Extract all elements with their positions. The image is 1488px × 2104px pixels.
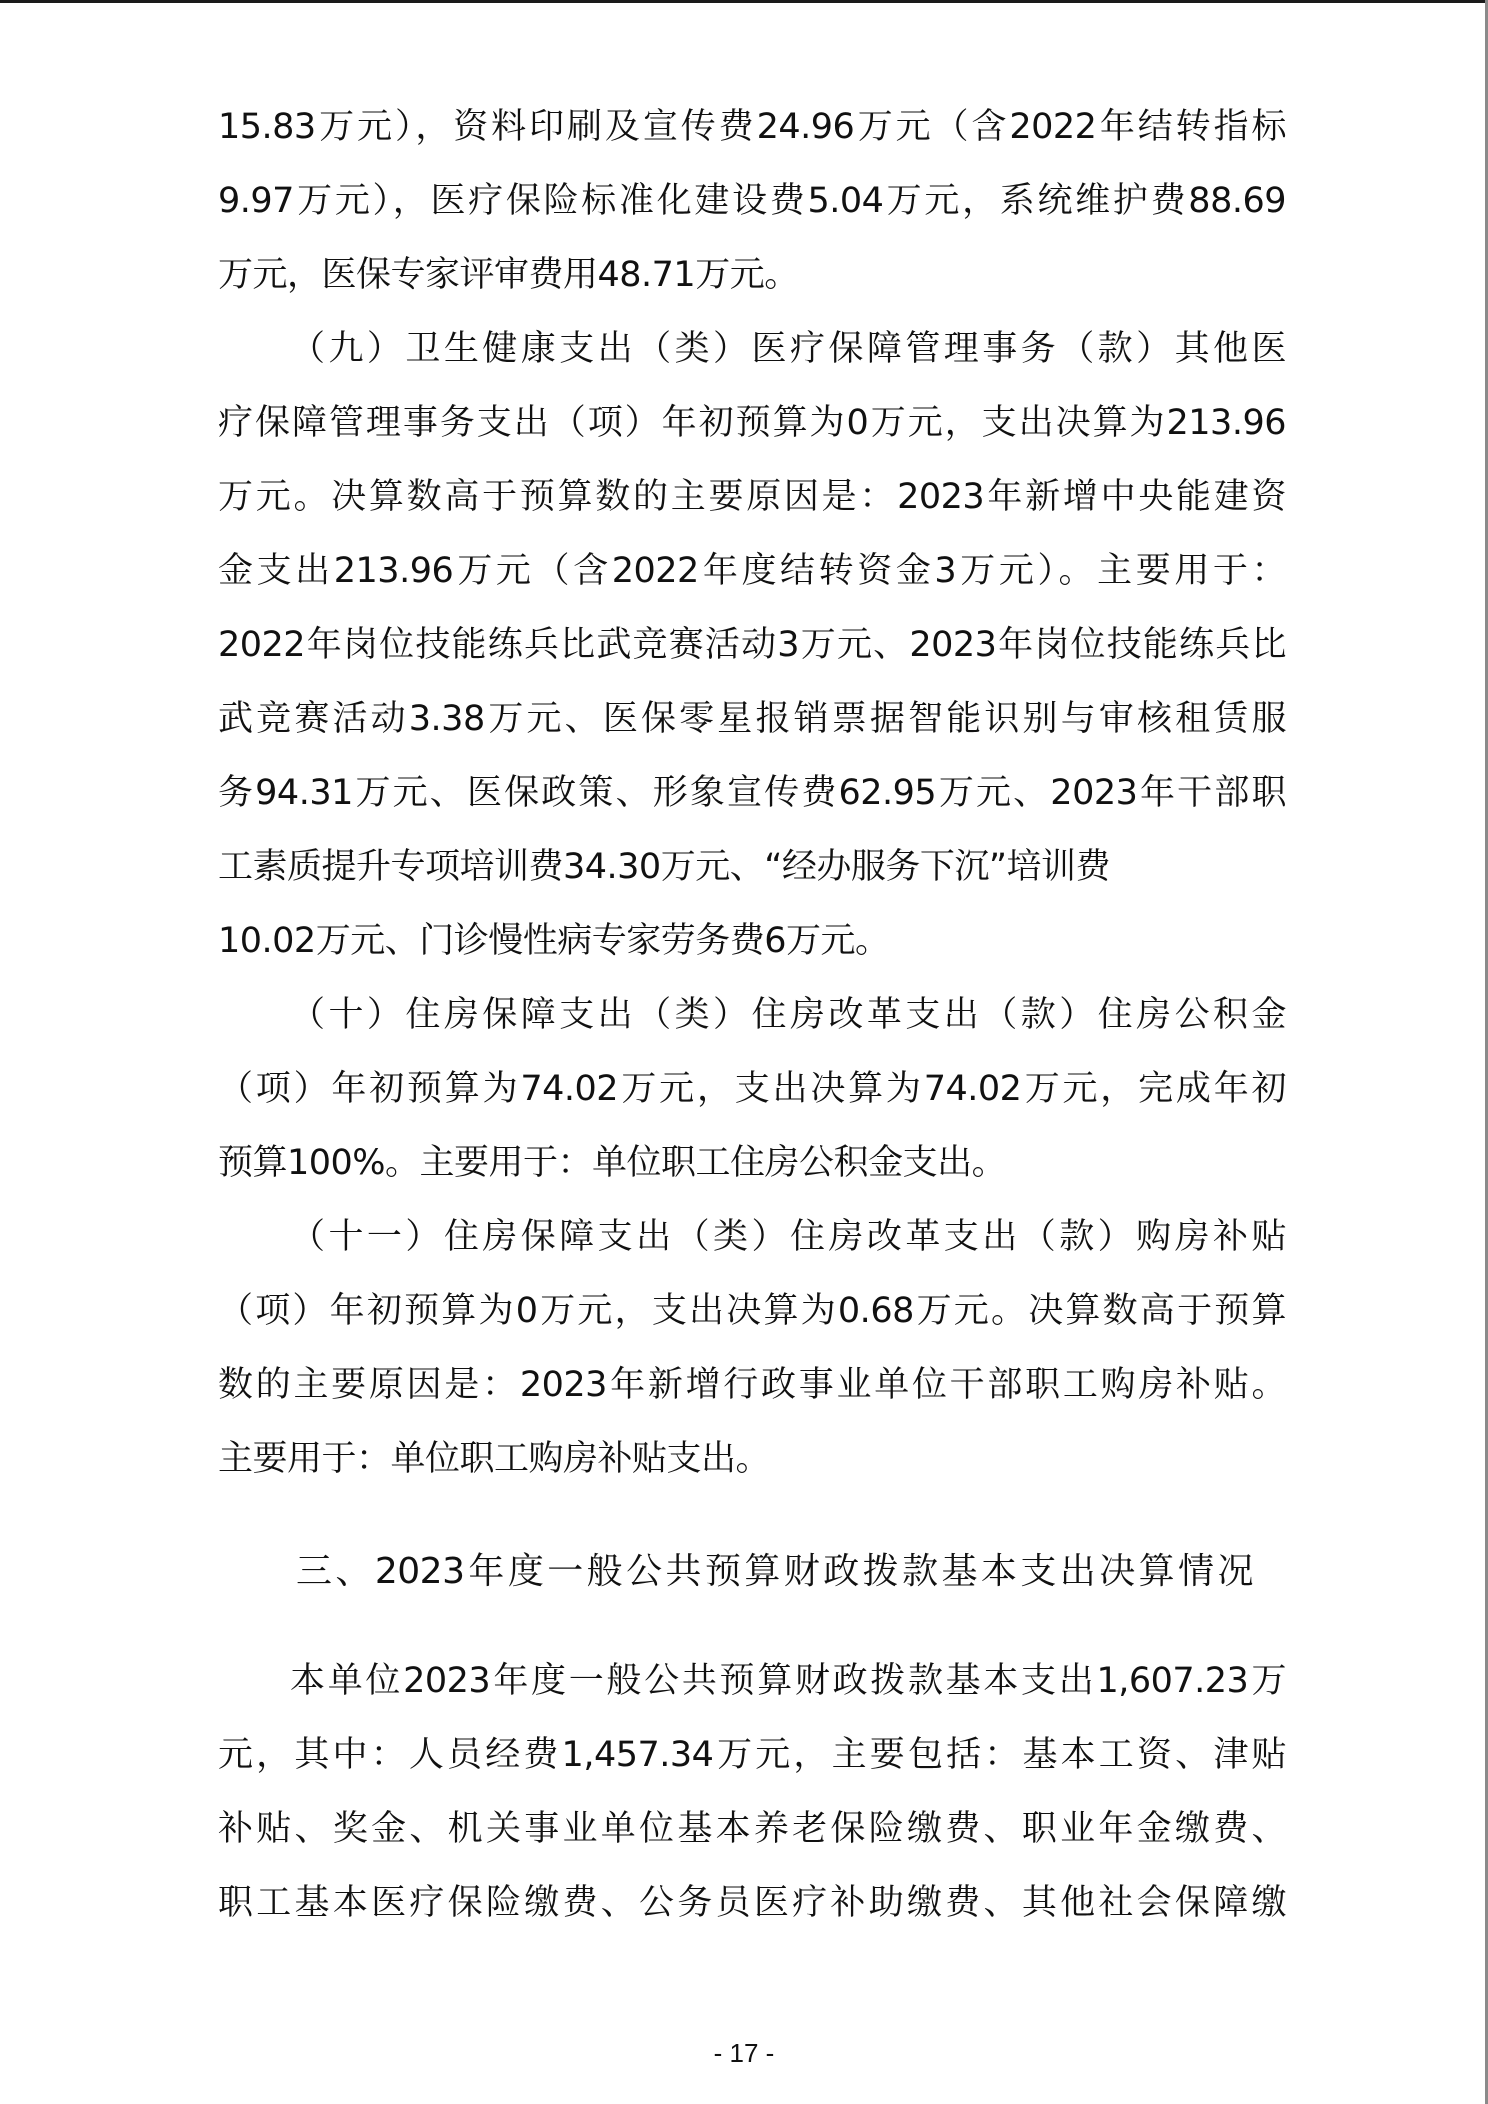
text-line: 15.83万元），资料印刷及宣传费24.96万元（含2022年结转指标	[218, 102, 1286, 152]
text-line: （项）年初预算为74.02万元，支出决算为74.02万元，完成年初	[218, 1064, 1286, 1114]
text-line: 9.97万元），医疗保险标准化建设费5.04万元，系统维护费88.69	[218, 176, 1286, 226]
text-line: （十一）住房保障支出（类）住房改革支出（款）购房补贴	[290, 1212, 1286, 1262]
text-line: 2022年岗位技能练兵比武竞赛活动3万元、2023年岗位技能练兵比	[218, 620, 1286, 670]
text-line: 务94.31万元、医保政策、形象宣传费62.95万元、2023年干部职	[218, 768, 1286, 818]
text-line: 预算100%。主要用于：单位职工住房公积金支出。	[218, 1138, 1286, 1188]
text-line: 工素质提升专项培训费34.30万元、“经办服务下沉”培训费	[218, 842, 1286, 892]
page-top-border	[0, 0, 1488, 3]
text-line: 职工基本医疗保险缴费、公务员医疗补助缴费、其他社会保障缴	[218, 1878, 1286, 1928]
text-line: 元，其中：人员经费1,457.34万元，主要包括：基本工资、津贴	[218, 1730, 1286, 1780]
text-line: 主要用于：单位职工购房补贴支出。	[218, 1434, 1286, 1484]
text-line: 数的主要原因是：2023年新增行政事业单位干部职工购房补贴。	[218, 1360, 1286, 1410]
page-number: - 17 -	[0, 2038, 1488, 2069]
text-line: （项）年初预算为0万元，支出决算为0.68万元。决算数高于预算	[218, 1286, 1286, 1336]
text-line: 万元，医保专家评审费用48.71万元。	[218, 250, 1286, 300]
text-line: 金支出213.96万元（含2022年度结转资金3万元）。主要用于：	[218, 546, 1286, 596]
text-line: 武竞赛活动3.38万元、医保零星报销票据智能识别与审核租赁服	[218, 694, 1286, 744]
text-line: 疗保障管理事务支出（项）年初预算为0万元，支出决算为213.96	[218, 398, 1286, 448]
text-line: 补贴、奖金、机关事业单位基本养老保险缴费、职业年金缴费、	[218, 1804, 1286, 1854]
text-line: （九）卫生健康支出（类）医疗保障管理事务（款）其他医	[290, 324, 1286, 374]
text-line: 10.02万元、门诊慢性病专家劳务费6万元。	[218, 916, 1286, 966]
text-line: 万元。决算数高于预算数的主要原因是：2023年新增中央能建资	[218, 472, 1286, 522]
section-heading: 三、2023年度一般公共预算财政拨款基本支出决算情况	[296, 1546, 1253, 1598]
text-line: （十）住房保障支出（类）住房改革支出（款）住房公积金	[290, 990, 1286, 1040]
text-line: 本单位2023年度一般公共预算财政拨款基本支出1,607.23万	[290, 1656, 1286, 1706]
